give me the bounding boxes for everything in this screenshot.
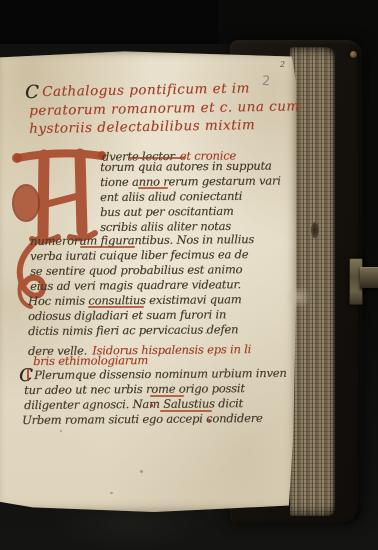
red-underline <box>138 187 168 189</box>
red-underline <box>80 246 135 248</box>
text-line: Urbem romam sicuti ego accepi condidere <box>22 411 263 427</box>
text-line: tione anno rerum gestarum vari <box>100 173 281 189</box>
clasp-strap <box>360 267 378 288</box>
parchment-speck <box>60 430 62 432</box>
parchment-speck <box>110 492 113 494</box>
text-line: torum quia autores in supputa <box>100 159 272 174</box>
background-shadow-topleft <box>0 0 218 44</box>
red-point <box>150 404 153 407</box>
parchment-speck <box>140 470 143 473</box>
text-line: odiosus digladiari et suam furori in <box>28 307 226 323</box>
page-edge-smudge <box>284 286 312 308</box>
red-underline <box>88 306 144 308</box>
text-line: verba iurati cuique liber fecimus ea de <box>30 247 248 263</box>
red-underline <box>128 157 186 159</box>
red-underline <box>160 410 212 412</box>
red-underline <box>150 395 184 397</box>
text-line: Plerumque dissensio nominum urbium inven <box>34 366 287 382</box>
text-line: tur adeo ut nec urbis rome origo possit <box>24 381 245 397</box>
fore-edge-dark-spot <box>311 222 319 238</box>
red-point <box>208 419 211 422</box>
text-line: se sentire quod probabilius est animo <box>30 262 242 278</box>
text-line: ent aliis aliud coniectanti <box>100 189 242 204</box>
folio-number-pencil: 2 <box>261 74 270 90</box>
text-line: dictis nimis fieri ac pervicacius defen <box>28 322 238 338</box>
rubric-pilcrow: C <box>25 82 39 103</box>
text-line: numerorum figurantibus. Nos in nullius <box>30 232 254 248</box>
text-line: bus aut per oscitantiam <box>100 204 234 219</box>
pilcrow-red-stroke <box>27 368 29 381</box>
citation-red: bris ethimologiarum <box>33 353 148 368</box>
corner-ink-mark: 2 <box>280 60 285 69</box>
manuscript-photo: 2 2 C Cathalogus pontificum et im perato… <box>0 0 378 550</box>
fore-edge-page-block <box>290 47 335 516</box>
cover-nail-boss <box>350 51 357 58</box>
background-light-patch <box>55 508 205 550</box>
text-line: eius ad veri magis quadrare videatur. <box>30 277 241 293</box>
